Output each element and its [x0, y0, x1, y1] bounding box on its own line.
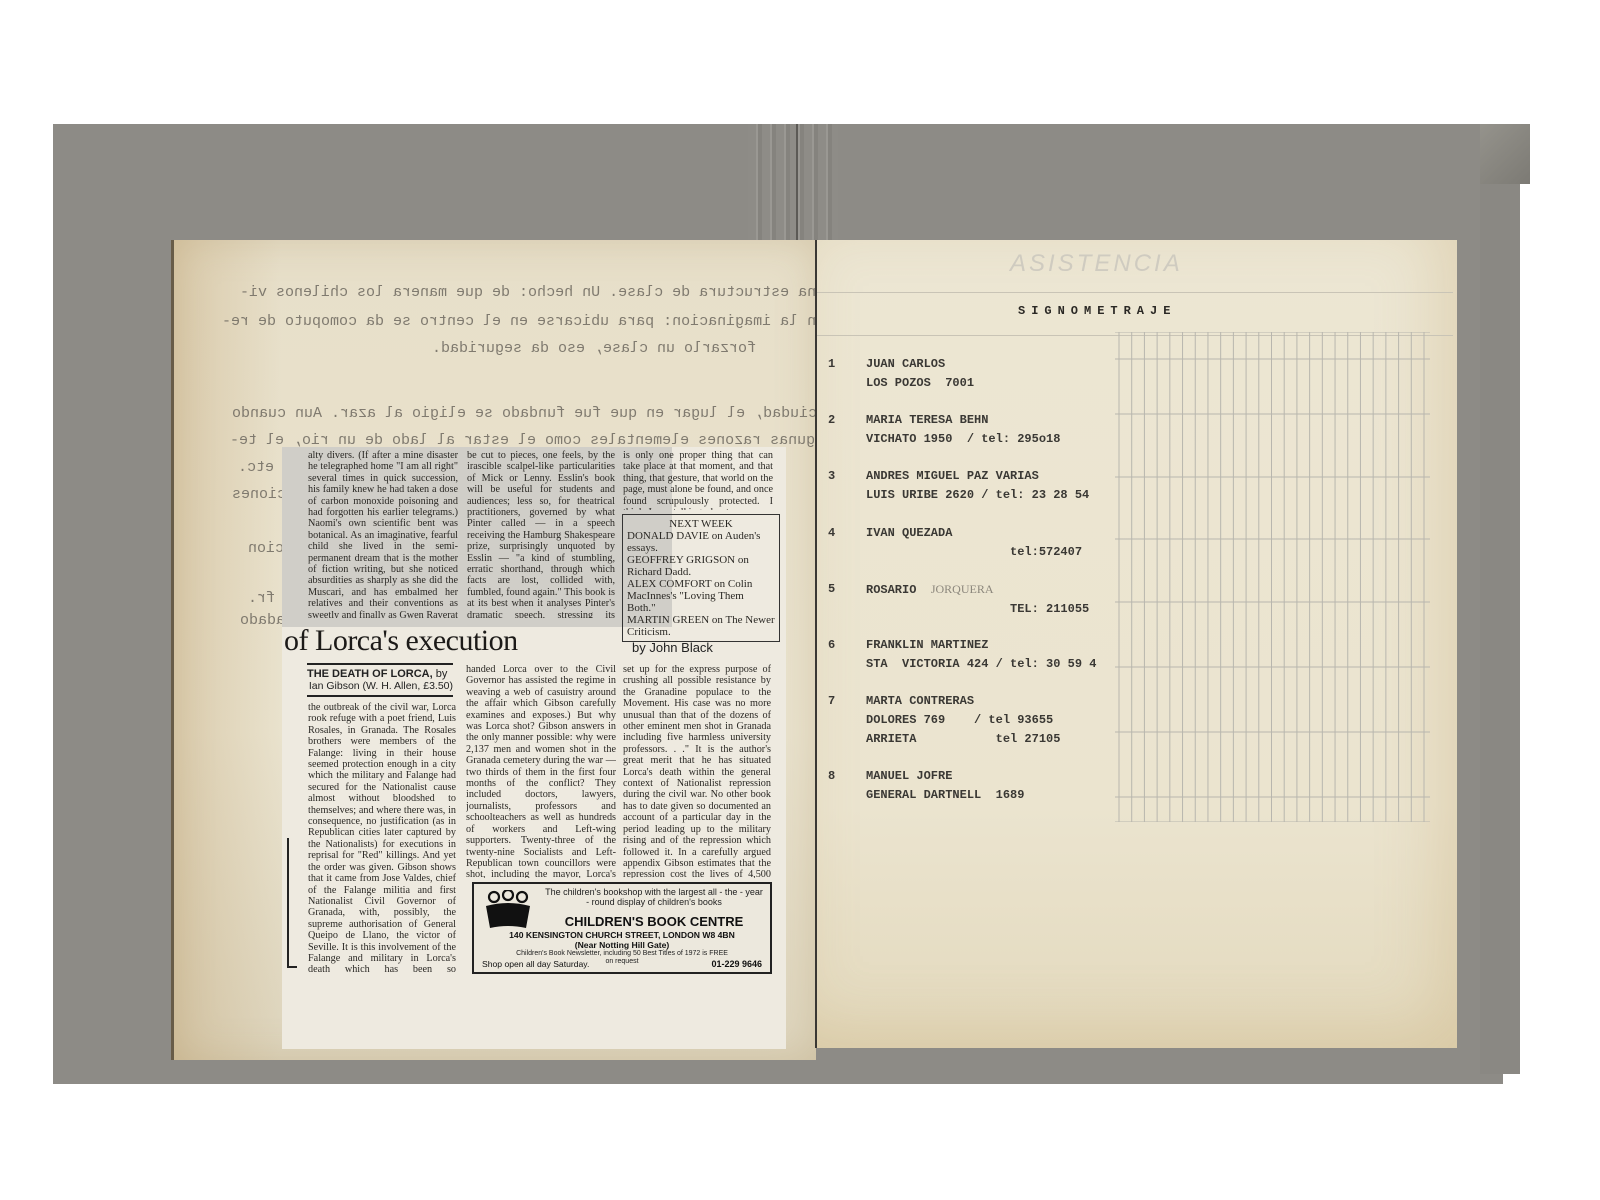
- clipping-border-rule: [287, 966, 297, 968]
- entry-number: 1: [828, 355, 835, 374]
- entry-address: STA VICTORIA 424 / tel: 30 59 4: [866, 655, 1096, 674]
- folder-spine: [748, 124, 838, 244]
- ad-landmark: (Near Notting Hill Gate): [474, 940, 770, 950]
- bleed-through-fragment: fr.: [248, 590, 275, 607]
- bleed-through-fragment: cion: [248, 540, 284, 557]
- attendance-grid: [1115, 332, 1460, 822]
- bleed-through-line: ven en la imaginacion: para ubicarse en …: [222, 313, 861, 330]
- book-children-logo-icon: [484, 890, 532, 930]
- next-week-item: MARTIN GREEN on The Newer Criticism.: [627, 614, 775, 638]
- bleed-through-line: la ciudad, el lugar en que fue fundado s…: [232, 405, 844, 422]
- folder-side-flap: [1480, 124, 1520, 1074]
- next-week-item: DONALD DAVIE on Auden's essays.: [627, 530, 775, 554]
- entry-first-name: ROSARIO: [866, 583, 916, 597]
- entry-phone: tel:572407: [866, 543, 1082, 562]
- next-week-title: NEXT WEEK: [627, 518, 775, 530]
- ad-address: 140 KENSINGTON CHURCH STREET, LONDON W8 …: [474, 930, 770, 940]
- ad-phone: 01-229 9646: [711, 959, 762, 969]
- sheet-title: SIGNOMETRAJE: [1018, 304, 1176, 318]
- article-column-upper-3: is only one proper thing that can take p…: [623, 450, 773, 510]
- entry-number: 7: [828, 692, 835, 711]
- next-week-item: ALEX COMFORT on Colin MacInnes's "Loving…: [627, 578, 775, 614]
- ad-shop-name: CHILDREN'S BOOK CENTRE: [540, 914, 768, 929]
- article-headline: of Lorca's execution: [284, 624, 518, 658]
- entry-number: 8: [828, 767, 835, 786]
- entry-name: ROSARIO JORQUERA: [866, 580, 1089, 600]
- entry-address: DOLORES 769 / tel 93655: [866, 711, 1060, 730]
- book-review-header: THE DEATH OF LORCA, by Ian Gibson (W. H.…: [307, 663, 453, 697]
- entry-address: LUIS URIBE 2620 / tel: 23 28 54: [866, 486, 1089, 505]
- article-column-lower-2: handed Lorca over to the Civil Governor …: [466, 664, 616, 878]
- bleed-through-fragment: etc.: [238, 459, 274, 476]
- folder-corner-fold: [1480, 124, 1530, 184]
- article-column-lower-1: the outbreak of the civil war, Lorca roo…: [308, 702, 456, 974]
- entry-name: FRANKLIN MARTINEZ: [866, 636, 1096, 655]
- clipping-border-rule: [287, 838, 289, 966]
- entry-address: LOS POZOS 7001: [866, 374, 974, 393]
- article-column-upper-1: alty divers. (If after a mine disaster h…: [308, 450, 458, 618]
- entry-number: 4: [828, 524, 835, 543]
- entry-last-name-handwritten: JORQUERA: [931, 582, 994, 596]
- entry-name: MANUEL JOFRE: [866, 767, 1024, 786]
- bleed-through-line: a una estructura de clase. Un hecho: de …: [240, 284, 843, 301]
- left-page-stain: [171, 240, 281, 1060]
- entry-address: GENERAL DARTNELL 1689: [866, 786, 1024, 805]
- next-week-item: GEOFFREY GRIGSON on Richard Dadd.: [627, 554, 775, 578]
- entry-phone: TEL: 211055: [866, 600, 1089, 619]
- ad-tagline: The children's bookshop with the largest…: [544, 887, 764, 907]
- ad-opening-hours: Shop open all day Saturday.: [482, 959, 589, 969]
- entry-address: ARRIETA tel 27105: [866, 730, 1060, 749]
- entry-number: 6: [828, 636, 835, 655]
- next-week-box: NEXT WEEK DONALD DAVIE on Auden's essays…: [622, 514, 780, 642]
- review-by: by: [436, 668, 448, 680]
- folder-spine-crease: [796, 124, 798, 244]
- entry-name: MARIA TERESA BEHN: [866, 411, 1060, 430]
- article-column-lower-3: set up for the express purpose of crushi…: [623, 664, 771, 878]
- entry-number: 3: [828, 467, 835, 486]
- bleed-through-line: forzarlo un clase, eso da seguridad.: [432, 340, 756, 357]
- entry-number: 2: [828, 411, 835, 430]
- entry-name: ANDRES MIGUEL PAZ VARIAS: [866, 467, 1089, 486]
- entry-name: JUAN CARLOS: [866, 355, 974, 374]
- article-column-upper-2: be cut to pieces, one feels, by the iras…: [467, 450, 615, 618]
- entry-name: MARTA CONTRERAS: [866, 692, 1060, 711]
- sheet-ruled-line: [817, 292, 1453, 293]
- entry-address: VICHATO 1950 / tel: 295o18: [866, 430, 1060, 449]
- childrens-book-centre-ad: The children's bookshop with the largest…: [472, 882, 772, 974]
- entry-name: IVAN QUEZADA: [866, 524, 1082, 543]
- pencil-heading: ASISTENCIA: [1010, 250, 1183, 278]
- entry-number: 5: [828, 580, 835, 599]
- article-byline: by John Black: [632, 640, 713, 655]
- review-book-title: THE DEATH OF LORCA,: [307, 668, 433, 680]
- review-publisher-price: Ian Gibson (W. H. Allen, £3.50): [307, 680, 453, 692]
